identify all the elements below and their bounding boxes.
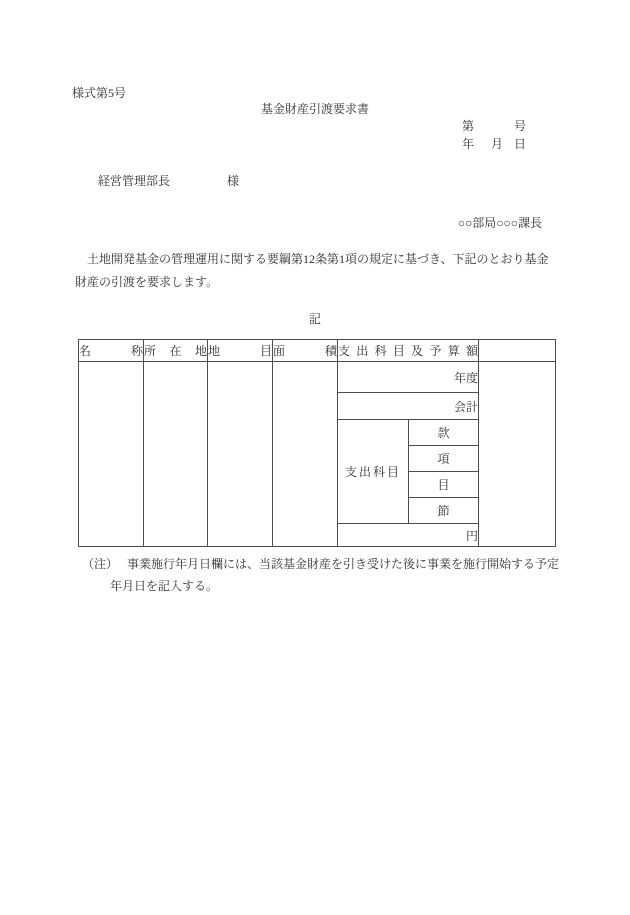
expenditure-level-kan-cell: 款 [409, 420, 479, 446]
land-category-value-cell [208, 362, 273, 547]
area-value-cell [273, 362, 338, 547]
date-line: 年 月 日 [462, 137, 526, 151]
addressee-honorific: 様 [227, 174, 239, 188]
doc-number-suffix: 号 [514, 119, 526, 133]
account-cell: 会計 [338, 393, 479, 420]
table-header-row: 名称 所在地 地目 面積 支出科目及予算額 [79, 340, 556, 362]
date-day-label: 日 [514, 137, 526, 151]
name-value-cell [79, 362, 144, 547]
date-month-label: 月 [491, 137, 503, 151]
note-text-line2: 年月日を記入する。 [110, 575, 559, 597]
body-paragraph: 土地開発基金の管理運用に関する要綱第12条第1項の規定に基づき、下記のとおり基金… [75, 248, 565, 294]
document-number-line: 第 号 [462, 119, 526, 133]
amount-yen-cell: 円 [338, 524, 479, 547]
note-label: （注） [82, 557, 118, 571]
header-name: 名称 [79, 340, 144, 362]
header-blank-cell [479, 340, 556, 362]
document-title: 基金財産引渡要求書 [0, 102, 630, 117]
fund-property-table: 名称 所在地 地目 面積 支出科目及予算額 年度 会計 支出科目 款 [78, 339, 556, 547]
form-number: 様式第5号 [72, 86, 126, 100]
header-location: 所在地 [144, 340, 208, 362]
header-area: 面積 [273, 340, 338, 362]
expenditure-level-kou-cell: 項 [409, 446, 479, 472]
note: （注）事業施行年月日欄には、当該基金財産を引き受けた後に事業を施行開始する予定 … [82, 553, 559, 597]
note-text-line1: 事業施行年月日欄には、当該基金財産を引き受けた後に事業を施行開始する予定 [127, 557, 559, 571]
fiscal-year-cell: 年度 [338, 362, 479, 393]
body-line: 財産の引渡を要求します。 [75, 271, 565, 294]
addressee-line: 経営管理部長 様 [98, 174, 239, 188]
body-line: 土地開発基金の管理運用に関する要綱第12条第1項の規定に基づき、下記のとおり基金 [75, 248, 565, 271]
blank-column-value-cell [479, 362, 556, 547]
record-marker: 記 [0, 312, 630, 327]
expenditure-level-setsu-cell: 節 [409, 498, 479, 524]
doc-number-prefix: 第 [462, 119, 474, 133]
header-expenditure-budget: 支出科目及予算額 [338, 340, 479, 362]
location-value-cell [144, 362, 208, 547]
date-year-label: 年 [462, 137, 474, 151]
note-first-line: （注）事業施行年月日欄には、当該基金財産を引き受けた後に事業を施行開始する予定 [82, 553, 559, 575]
expenditure-level-moku-cell: 目 [409, 472, 479, 498]
sender-line: ○○部局○○○課長 [458, 216, 542, 230]
table-row: 年度 [79, 362, 556, 393]
addressee-name: 経営管理部長 [98, 174, 170, 188]
header-land-category: 地目 [208, 340, 273, 362]
expenditure-item-cell: 支出科目 [338, 420, 409, 524]
document-page: 様式第5号 基金財産引渡要求書 第 号 年 月 日 経営管理部長 様 ○○部局○… [0, 0, 630, 915]
